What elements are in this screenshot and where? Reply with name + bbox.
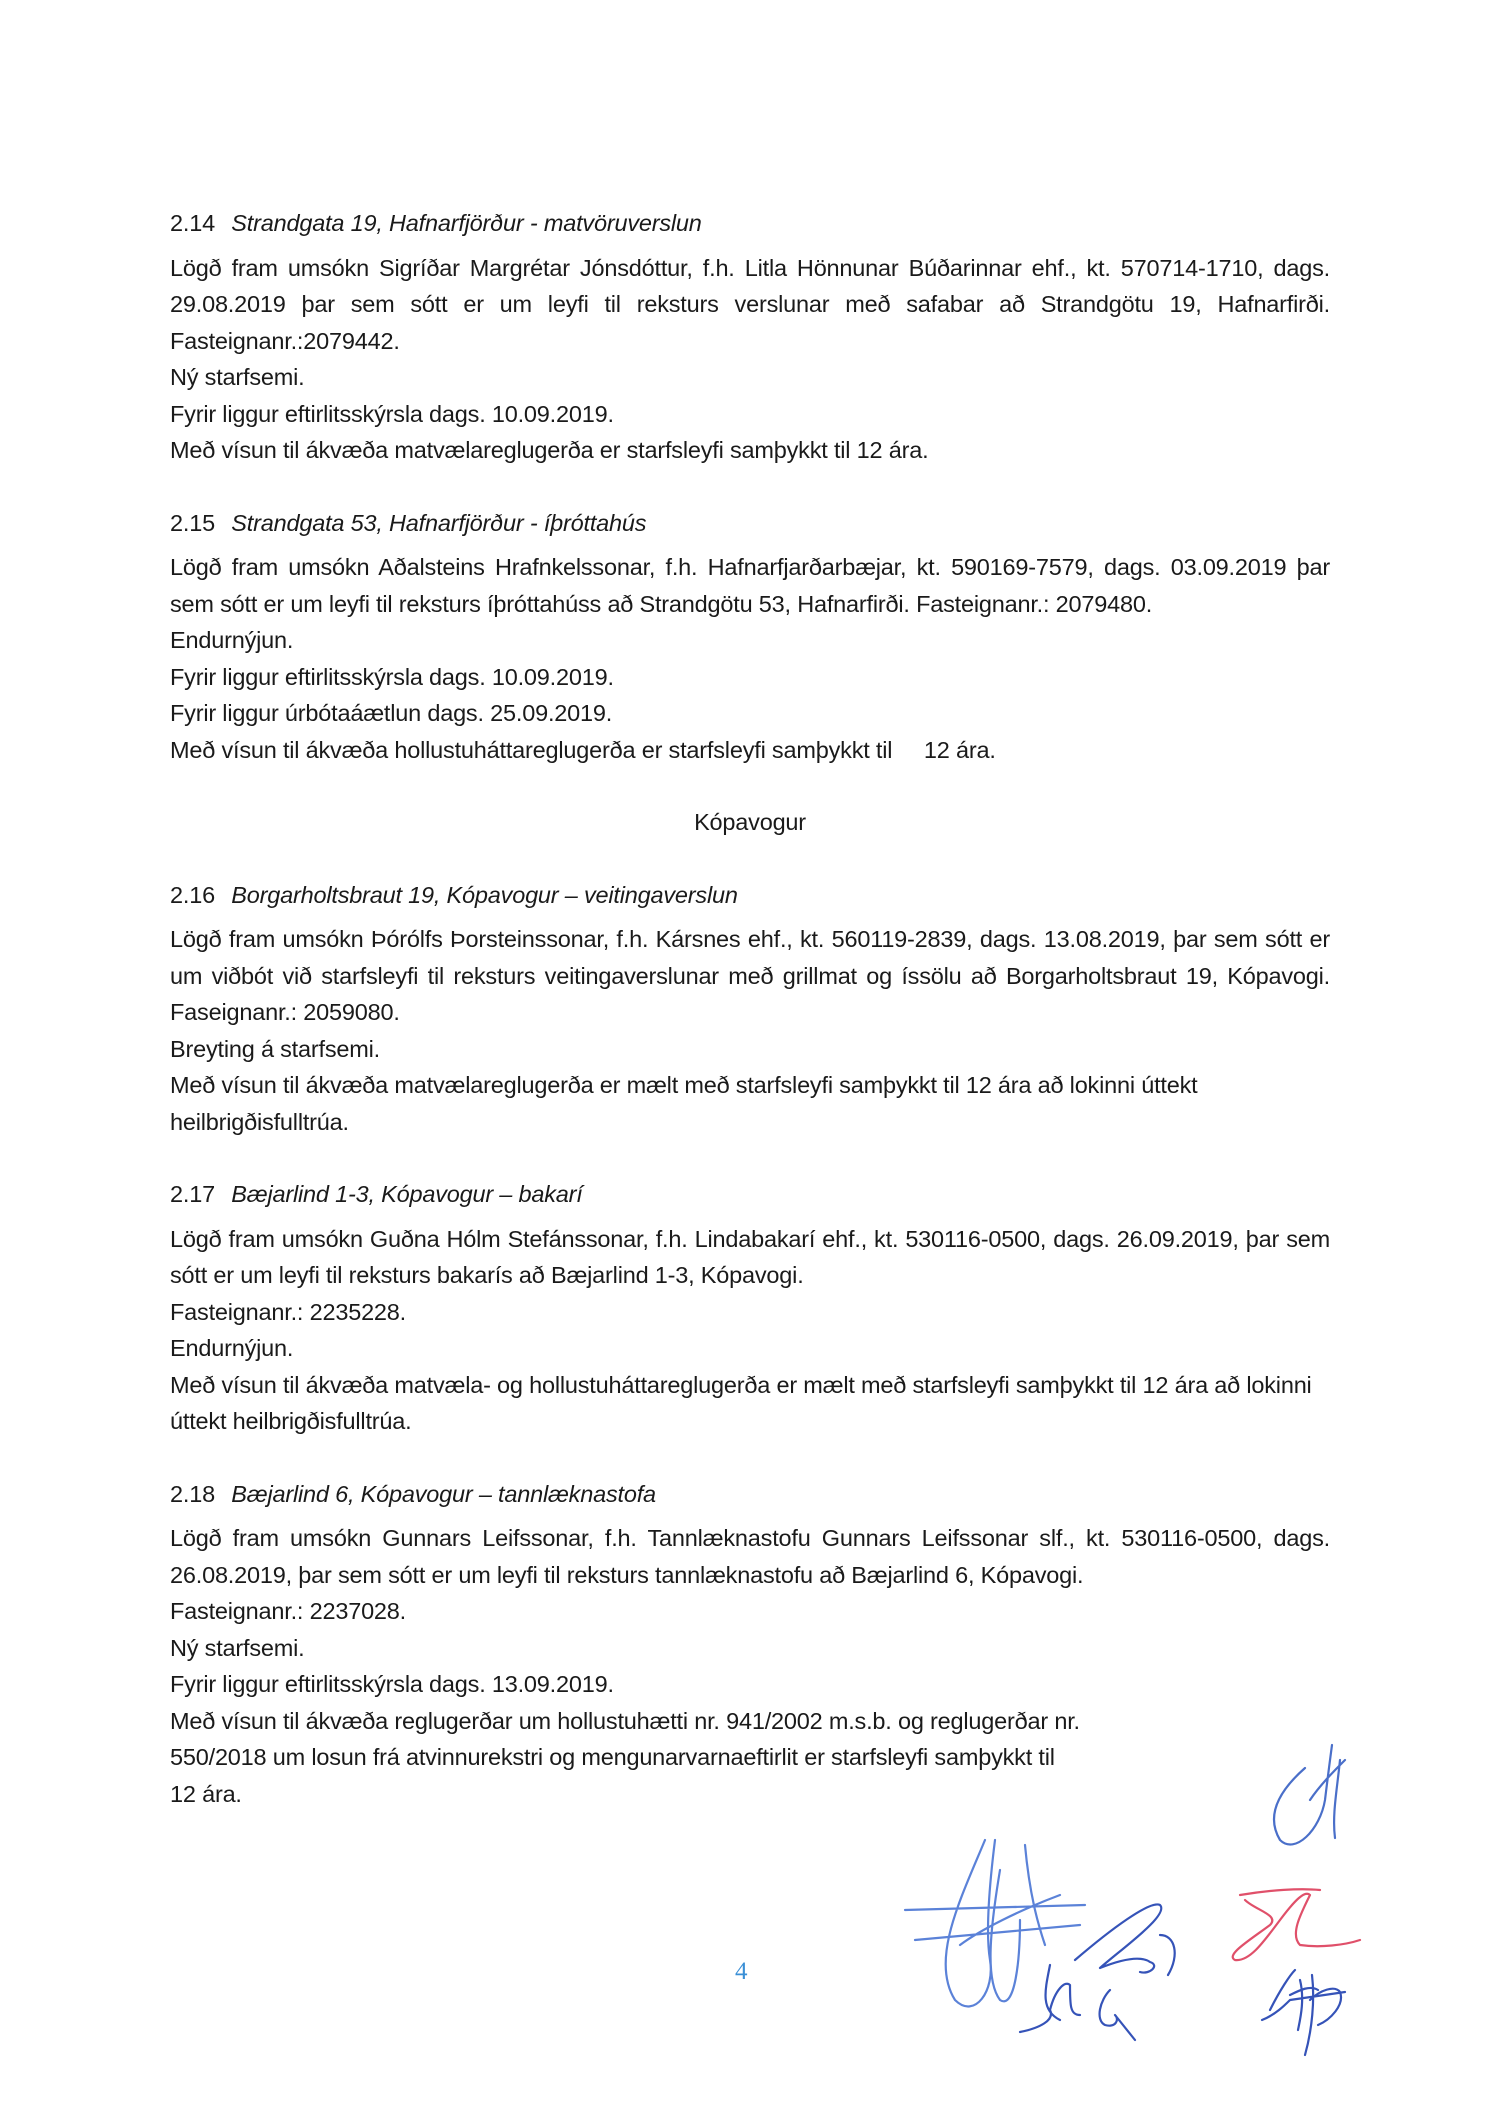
item-paragraph: Lögð fram umsókn Sigríðar Margrétar Jóns… (170, 250, 1330, 360)
item-title: Strandgata 19, Hafnarfjörður - matvöruve… (231, 210, 701, 236)
item-number: 2.18 (170, 1476, 215, 1513)
item-line: Með vísun til ákvæða reglugerðar um holl… (170, 1703, 1330, 1813)
item-heading: 2.15 Strandgata 53, Hafnarfjörður - íþró… (170, 505, 1330, 542)
agenda-item-2-14: 2.14 Strandgata 19, Hafnarfjörður - matv… (170, 205, 1330, 469)
item-number: 2.15 (170, 505, 215, 542)
item-line: Fasteignanr.: 2235228. (170, 1294, 1330, 1331)
item-number: 2.16 (170, 877, 215, 914)
item-line: Fyrir liggur úrbótaáætlun dags. 25.09.20… (170, 695, 1330, 732)
document-page: 2.14 Strandgata 19, Hafnarfjörður - matv… (0, 0, 1500, 2122)
item-paragraph: Lögð fram umsókn Þórólfs Þorsteinssonar,… (170, 921, 1330, 1031)
item-line: Endurnýjun. (170, 1330, 1330, 1367)
signature-mark (1233, 1889, 1360, 1960)
item-line: Endurnýjun. (170, 622, 1330, 659)
item-title: Borgarholtsbraut 19, Kópavogur – veiting… (231, 882, 737, 908)
item-heading: 2.18 Bæjarlind 6, Kópavogur – tannlæknas… (170, 1476, 1330, 1513)
item-title: Strandgata 53, Hafnarfjörður - íþróttahú… (231, 510, 646, 536)
item-paragraph: Lögð fram umsókn Gunnars Leifssonar, f.h… (170, 1520, 1330, 1593)
item-number: 2.14 (170, 205, 215, 242)
document-body: 2.14 Strandgata 19, Hafnarfjörður - matv… (170, 205, 1330, 1848)
item-paragraph: Lögð fram umsókn Aðalsteins Hrafnkelsson… (170, 549, 1330, 622)
item-line: Fyrir liggur eftirlitsskýrsla dags. 10.0… (170, 396, 1330, 433)
page-number: 4 (735, 1958, 748, 1986)
agenda-item-2-16: 2.16 Borgarholtsbraut 19, Kópavogur – ve… (170, 877, 1330, 1141)
item-heading: 2.16 Borgarholtsbraut 19, Kópavogur – ve… (170, 877, 1330, 914)
signature-mark (1262, 1970, 1345, 2055)
item-line: Með vísun til ákvæða matvælareglugerða e… (170, 432, 1330, 469)
item-heading: 2.17 Bæjarlind 1-3, Kópavogur – bakarí (170, 1176, 1330, 1213)
item-line: Með vísun til ákvæða matvælareglugerða e… (170, 1067, 1330, 1140)
item-line: Breyting á starfsemi. (170, 1031, 1330, 1068)
agenda-item-2-17: 2.17 Bæjarlind 1-3, Kópavogur – bakarí L… (170, 1176, 1330, 1440)
item-line: Fyrir liggur eftirlitsskýrsla dags. 10.0… (170, 659, 1330, 696)
item-line: Ný starfsemi. (170, 359, 1330, 396)
item-line: Fasteignanr.: 2237028. (170, 1593, 1330, 1630)
agenda-item-2-18: 2.18 Bæjarlind 6, Kópavogur – tannlæknas… (170, 1476, 1330, 1813)
item-title: Bæjarlind 1-3, Kópavogur – bakarí (231, 1181, 582, 1207)
item-line: Með vísun til ákvæða hollustuháttareglug… (170, 732, 1330, 769)
item-title: Bæjarlind 6, Kópavogur – tannlæknastofa (231, 1481, 656, 1507)
section-title-kopavogur: Kópavogur (170, 804, 1330, 841)
item-heading: 2.14 Strandgata 19, Hafnarfjörður - matv… (170, 205, 1330, 242)
item-number: 2.17 (170, 1176, 215, 1213)
signature-mark (905, 1840, 1085, 2006)
item-line: Ný starfsemi. (170, 1630, 1330, 1667)
item-line: Fyrir liggur eftirlitsskýrsla dags. 13.0… (170, 1666, 1330, 1703)
signature-mark (1020, 1904, 1175, 2040)
agenda-item-2-15: 2.15 Strandgata 53, Hafnarfjörður - íþró… (170, 505, 1330, 769)
item-paragraph: Lögð fram umsókn Guðna Hólm Stefánssonar… (170, 1221, 1330, 1294)
item-line: Með vísun til ákvæða matvæla- og hollust… (170, 1367, 1330, 1440)
